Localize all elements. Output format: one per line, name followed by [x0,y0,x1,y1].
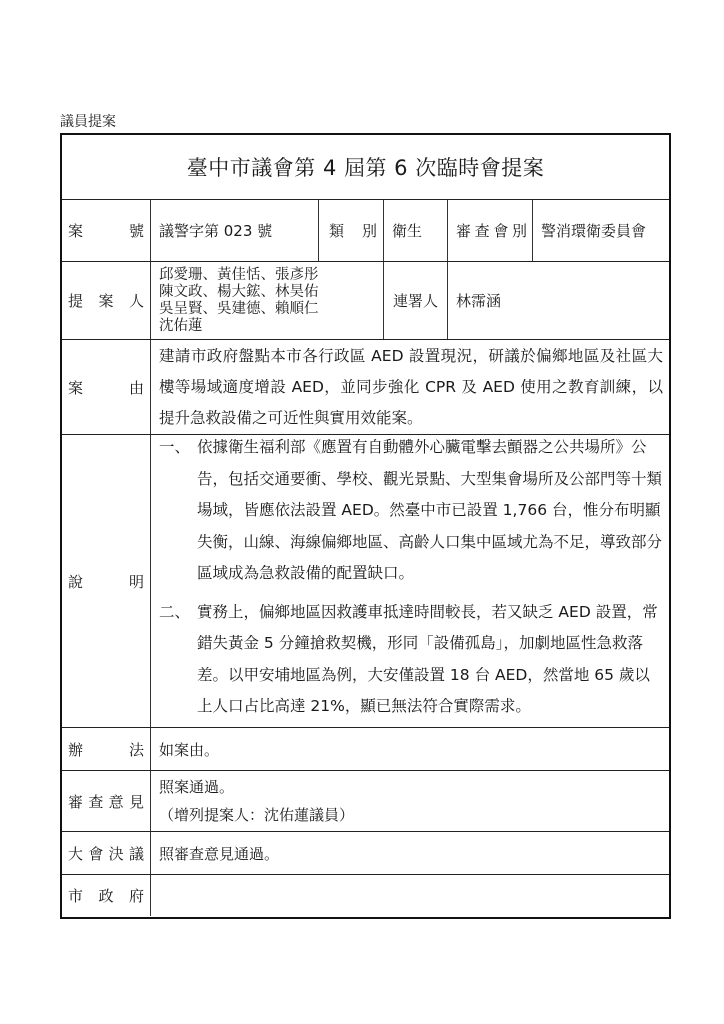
reason-label: 案 由 [62,340,150,434]
city-government-response [150,875,669,916]
label-char: 說 [68,571,83,592]
page-title: 臺中市議會第 4 屆第 6 次臨時會提案 [62,135,669,199]
city-government-row: 市 政 府 [62,875,669,916]
label-char: 議 [129,843,144,864]
explanation-row: 說 明 一、 依據衛生福利部《應置有自動體外心臟電擊去顫器之公共場所》公告，包括… [62,435,669,728]
item-text: 實務上，偏鄉地區因救護車抵達時間較長，若又缺乏 AED 設置，常錯失黃金 5 分… [197,597,663,723]
cosigner-label: 連署人 [383,262,447,339]
review-label: 審 查 意 見 [62,771,150,831]
explanation-body: 一、 依據衛生福利部《應置有自動體外心臟電擊去顫器之公共場所》公告，包括交通要衝… [150,435,669,727]
committee-label: 審 查 會 別 [447,200,532,261]
label-char: 見 [129,791,144,812]
case-no-label: 案 號 [62,200,150,261]
label-char: 大 [68,843,83,864]
proposer-line: 邱愛珊、黃佳恬、張彥彤 [159,267,319,284]
committee-value: 警消環衛委員會 [532,200,669,261]
label-char: 會 [493,220,508,241]
label-char: 人 [129,290,144,311]
case-no-value: 議警字第 023 號 [150,200,318,261]
label-char: 案 [98,290,113,311]
city-government-label: 市 政 府 [62,875,150,916]
label-char: 類 [329,220,344,241]
method-row: 辦 法 如案由。 [62,728,669,771]
proposer-row: 提 案 人 邱愛珊、黃佳恬、張彥彤 陳文政、楊大鋐、林昊佑 吳呈賢、吳建德、賴順… [62,262,669,340]
label-char: 政 [98,885,113,906]
item-number: 二、 [159,597,197,723]
label-char: 法 [129,739,144,760]
label-char: 號 [129,220,144,241]
item-text: 依據衛生福利部《應置有自動體外心臟電擊去顫器之公共場所》公告，包括交通要衝、學校… [197,432,663,590]
label-char: 案 [68,377,83,398]
label-char: 查 [88,791,103,812]
title-row: 臺中市議會第 4 屆第 6 次臨時會提案 [62,135,669,200]
label-char: 府 [129,885,144,906]
proposal-table: 臺中市議會第 4 屆第 6 次臨時會提案 案 號 議警字第 023 號 類 別 … [60,133,671,919]
reason-paragraph: 建請市政府盤點本市各行政區 AED 設置現況，研議於偏鄉地區及社區大樓等場域適度… [159,341,663,434]
explanation-item: 二、 實務上，偏鄉地區因救護車抵達時間較長，若又缺乏 AED 設置，常錯失黃金 … [159,597,663,723]
reason-text: 建請市政府盤點本市各行政區 AED 設置現況，研議於偏鄉地區及社區大樓等場域適度… [150,340,669,434]
reason-row: 案 由 建請市政府盤點本市各行政區 AED 設置現況，研議於偏鄉地區及社區大樓等… [62,340,669,435]
proposer-line: 吳呈賢、吳建德、賴順仁 [159,301,319,318]
resolution-label: 大 會 決 議 [62,832,150,874]
proposer-line: 沈佑蓮 [159,318,203,335]
resolution-row: 大 會 決 議 照審查意見通過。 [62,832,669,875]
label-char: 別 [512,220,527,241]
label-char: 提 [68,290,83,311]
method-label: 辦 法 [62,728,150,770]
method-text: 如案由。 [150,728,669,770]
review-row: 審 查 意 見 照案通過。 （增列提案人：沈佑蓮議員） [62,771,669,832]
item-number: 一、 [159,432,197,590]
category-value: 衛生 [383,200,447,261]
label-char: 別 [362,220,377,241]
proposer-line: 陳文政、楊大鋐、林昊佑 [159,284,319,301]
document-label: 議員提案 [60,111,116,131]
case-info-row: 案 號 議警字第 023 號 類 別 衛生 審 查 會 別 警消環衛委員會 [62,200,669,262]
label-char: 審 [68,791,83,812]
label-char: 案 [68,220,83,241]
review-line: （增列提案人：沈佑蓮議員） [159,801,354,829]
label-char: 明 [129,571,144,592]
label-char: 意 [109,791,124,812]
resolution-text: 照審查意見通過。 [150,832,669,874]
cosigner-value: 林霈涵 [447,262,669,339]
label-char: 由 [129,377,144,398]
label-char: 決 [109,843,124,864]
proposer-label: 提 案 人 [62,262,150,339]
explanation-item: 一、 依據衛生福利部《應置有自動體外心臟電擊去顫器之公共場所》公告，包括交通要衝… [159,432,663,590]
label-char: 查 [475,220,490,241]
review-line: 照案通過。 [159,773,234,801]
category-label: 類 別 [318,200,383,261]
proposer-names: 邱愛珊、黃佳恬、張彥彤 陳文政、楊大鋐、林昊佑 吳呈賢、吳建德、賴順仁 沈佑蓮 [150,262,383,339]
label-char: 市 [68,885,83,906]
explanation-label: 說 明 [62,435,150,727]
label-char: 辦 [68,739,83,760]
label-char: 會 [88,843,103,864]
label-char: 審 [456,220,471,241]
review-text: 照案通過。 （增列提案人：沈佑蓮議員） [150,771,669,831]
